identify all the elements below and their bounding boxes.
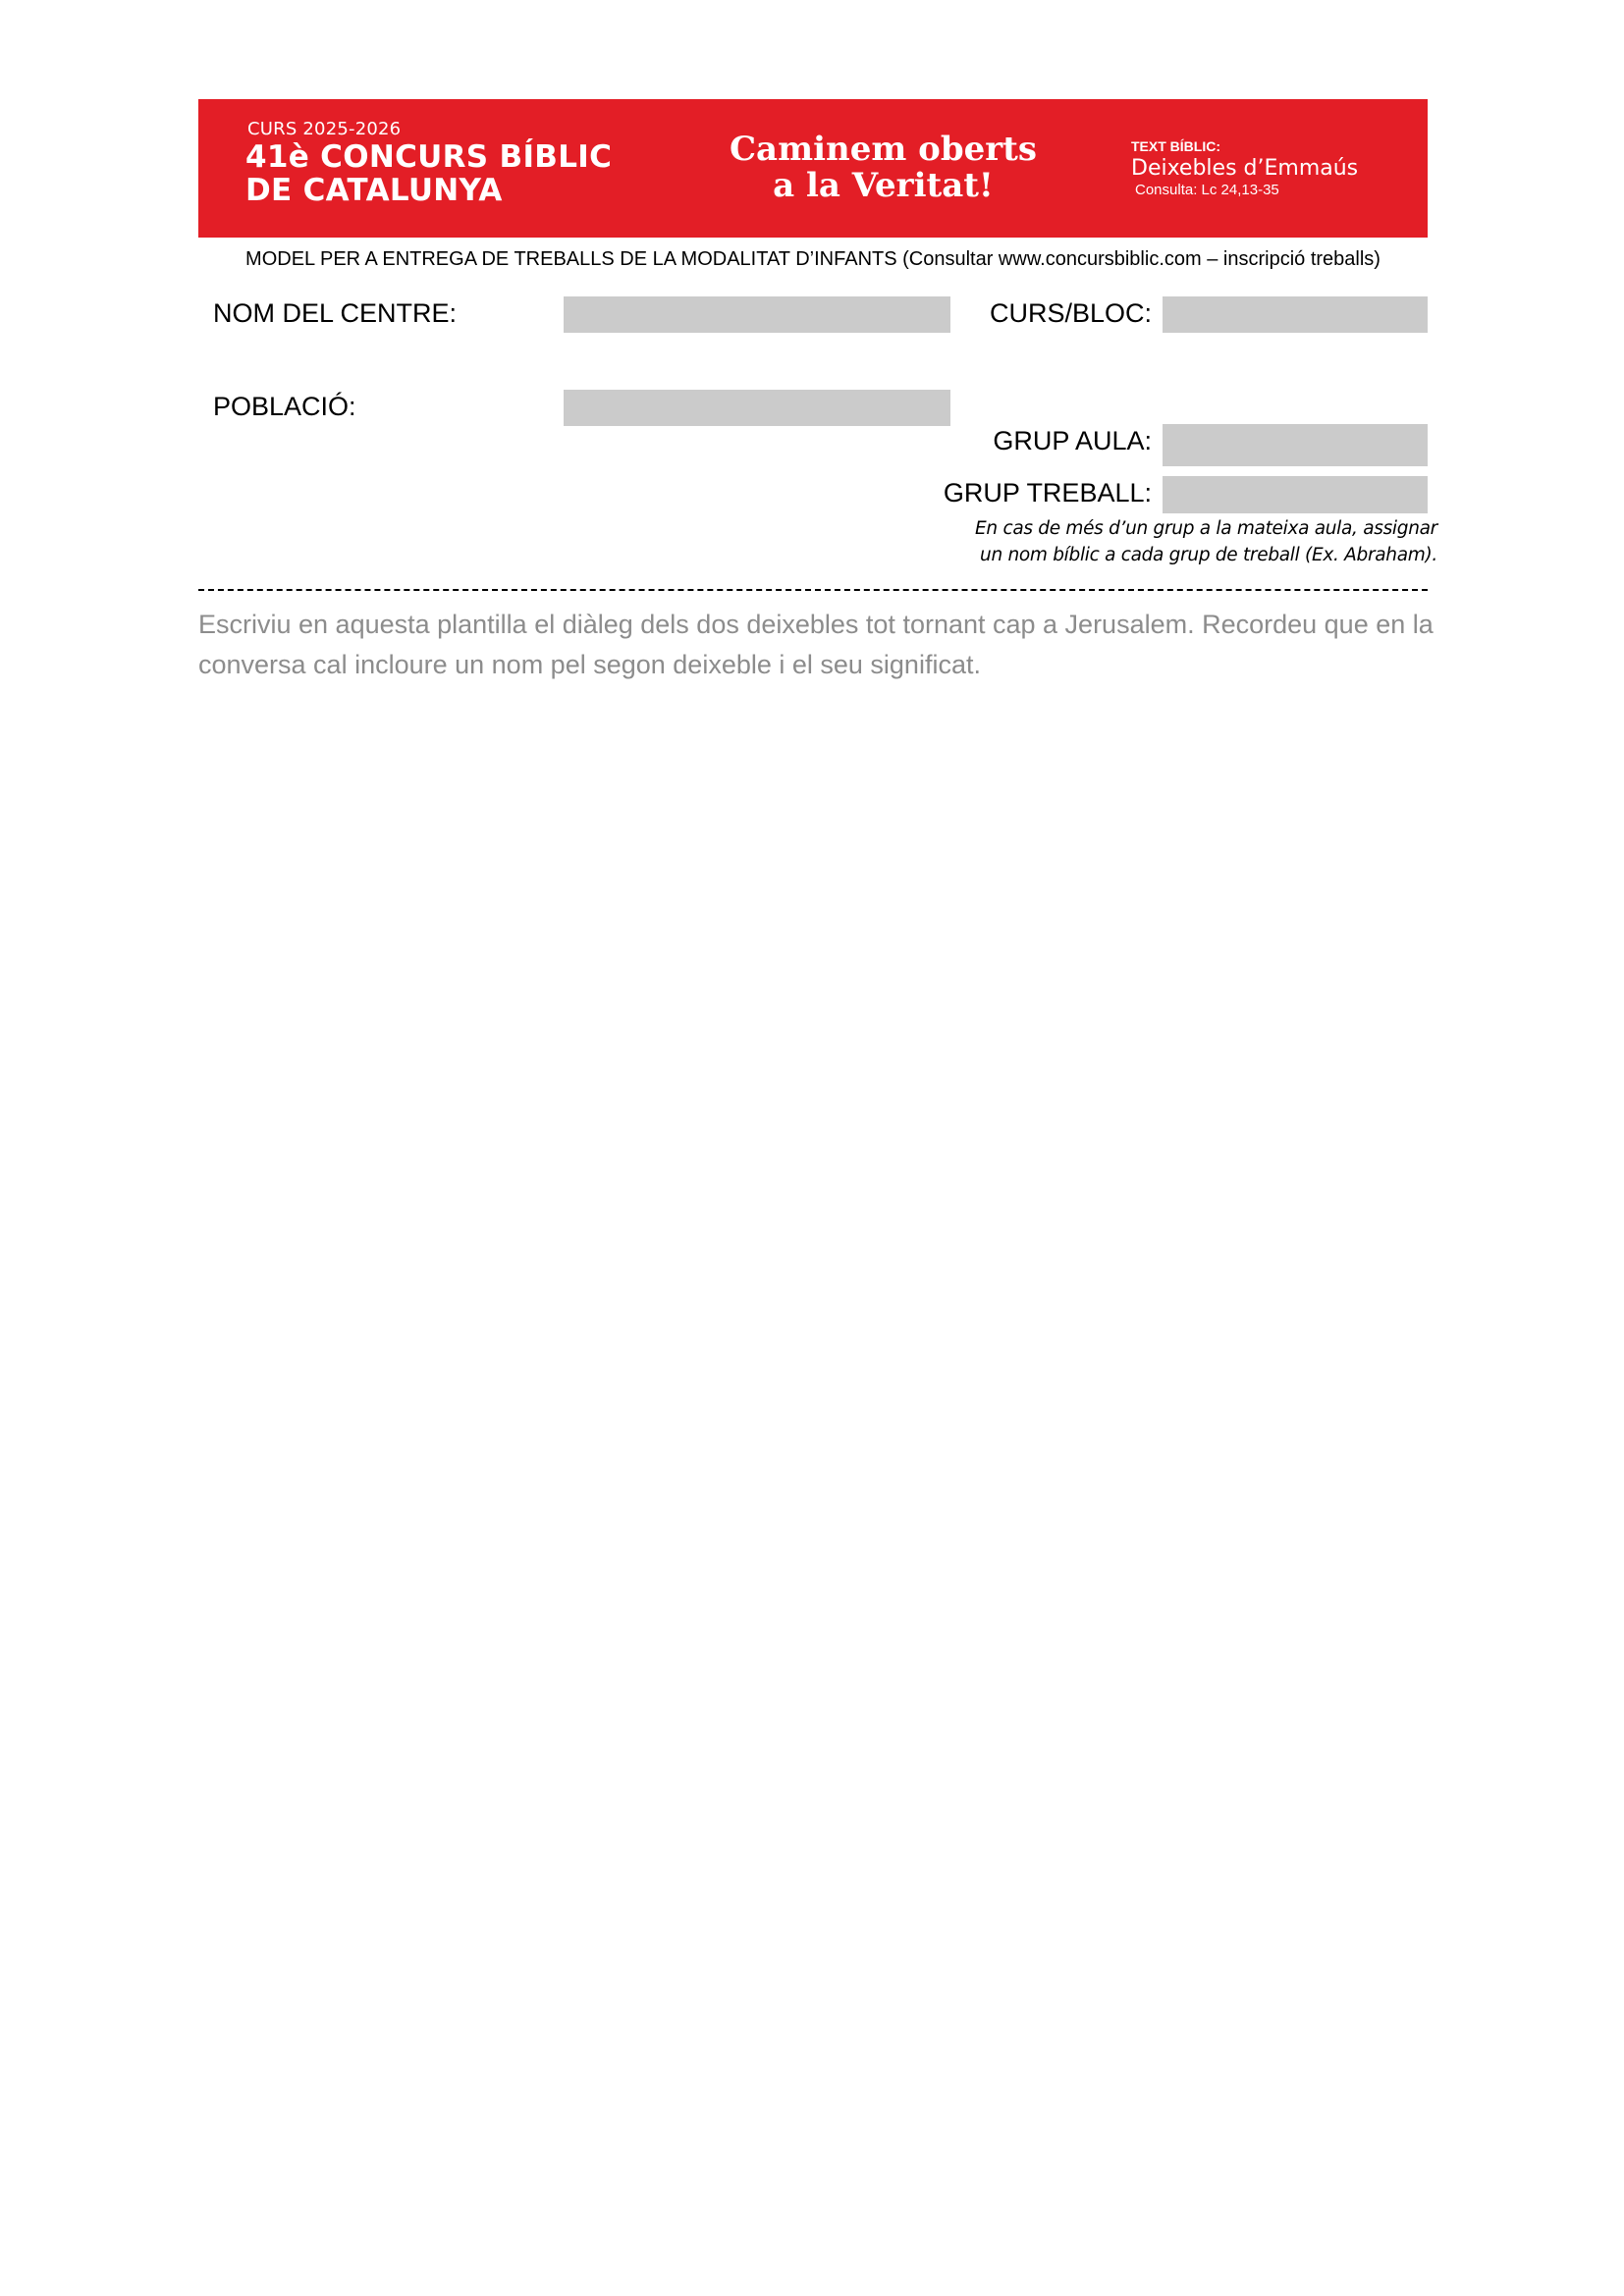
class-group-field[interactable]	[1163, 424, 1428, 466]
document-subtitle: MODEL PER A ENTREGA DE TREBALLS DE LA MO…	[198, 248, 1428, 271]
dashed-divider	[198, 589, 1428, 591]
town-label: POBLACIÓ:	[213, 392, 356, 422]
centre-name-field[interactable]	[564, 296, 950, 333]
course-block-field[interactable]	[1163, 296, 1428, 333]
town-field[interactable]	[564, 390, 950, 426]
contest-title-line2: DE CATALUNYA	[245, 174, 612, 207]
work-group-note-line1: En cas de més d’un grup a la mateixa aul…	[943, 515, 1437, 542]
work-group-note-line2: un nom bíblic a cada grup de treball (Ex…	[943, 542, 1437, 568]
contest-title: 41è CONCURS BÍBLIC DE CATALUNYA	[245, 140, 612, 207]
biblic-label: TEXT BÍBLIC:	[1131, 138, 1358, 154]
slogan-line2: a la Veritat!	[709, 168, 1057, 204]
biblic-text-block: TEXT BÍBLIC: Deixebles d’Emmaús Consulta…	[1131, 138, 1358, 198]
course-year: CURS 2025-2026	[247, 119, 401, 139]
class-group-label: GRUP AULA:	[943, 426, 1152, 456]
slogan-line1: Caminem oberts	[709, 132, 1057, 168]
slogan: Caminem oberts a la Veritat!	[709, 132, 1057, 204]
centre-name-label: NOM DEL CENTRE:	[213, 298, 457, 329]
course-block-label: CURS/BLOC:	[943, 298, 1152, 329]
instructions-text[interactable]: Escriviu en aquesta plantilla el diàleg …	[198, 605, 1437, 685]
biblic-reference: Consulta: Lc 24,13-35	[1135, 182, 1358, 198]
work-group-note: En cas de més d’un grup a la mateixa aul…	[943, 515, 1437, 568]
biblic-title: Deixebles d’Emmaús	[1131, 156, 1358, 181]
header-banner: CURS 2025-2026 41è CONCURS BÍBLIC DE CAT…	[198, 99, 1428, 238]
contest-title-line1: 41è CONCURS BÍBLIC	[245, 140, 612, 174]
work-group-field[interactable]	[1163, 476, 1428, 513]
work-group-label: GRUP TREBALL:	[884, 478, 1152, 508]
